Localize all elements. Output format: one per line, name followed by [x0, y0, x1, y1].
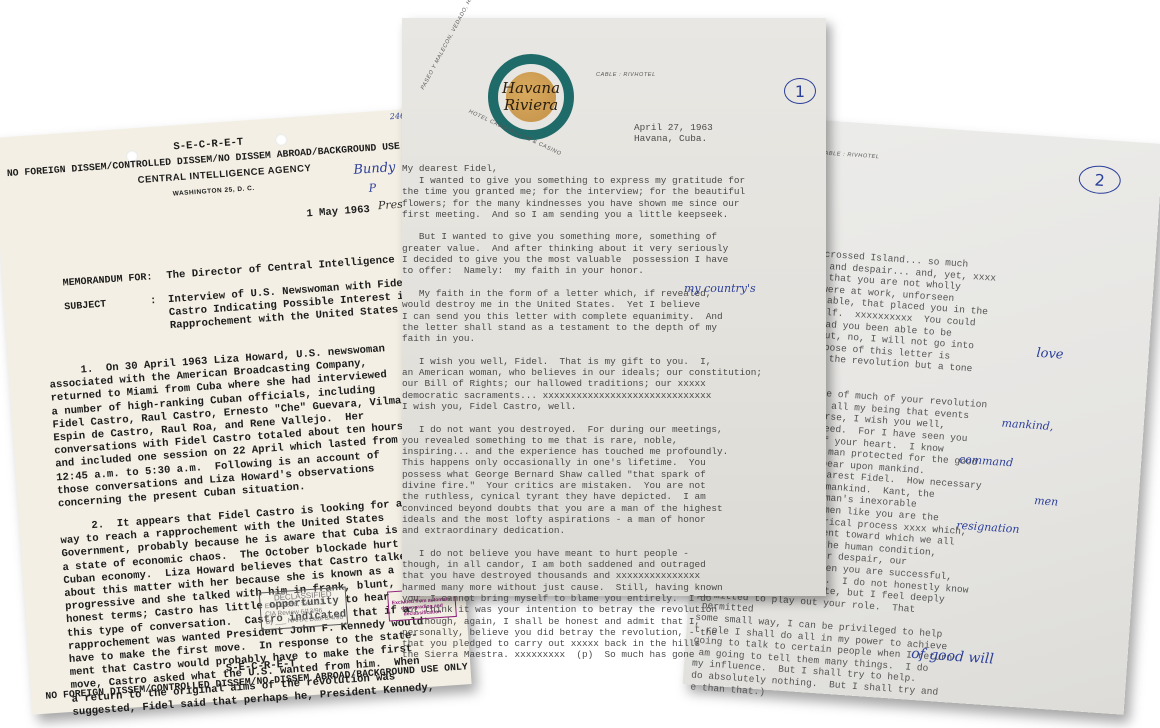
- handwritten-note-love: love: [1036, 346, 1064, 363]
- agency-address: WASHINGTON 25, D. C.: [172, 182, 255, 201]
- subject-colon: :: [150, 295, 157, 309]
- handwritten-mark: P: [368, 181, 376, 194]
- cable-address: CABLE : RIVHOTEL: [596, 72, 656, 78]
- page-number-circled: 1: [784, 78, 816, 104]
- cable-address: CABLE : RIVHOTEL: [820, 150, 880, 160]
- declassified-stamp: DECLASSIFIED E.O. 12958, Sec. 3.5 CIA Re…: [259, 586, 349, 630]
- handwritten-insert: my country's: [684, 282, 756, 295]
- letter-place: Havana, Cuba.: [634, 133, 707, 144]
- page-number-circled: 2: [1078, 164, 1122, 195]
- letter-page-1: Havana Riviera PASEO Y MALECON, VEDADO, …: [402, 18, 826, 596]
- letter-body-page1: I wanted to give you something to expres…: [402, 175, 762, 661]
- memo-date: 1 May 1963: [306, 204, 370, 222]
- memo-for-value: The Director of Central Intelligence: [166, 254, 395, 283]
- handwritten-bundy: Bundy: [353, 160, 396, 178]
- memo-paragraph-1: 1. On 30 April 1963 Liza Howard, U.S. ne…: [48, 342, 407, 511]
- hotel-address: PASEO Y MALECON, VEDADO, HAVANA, CUBA: [420, 0, 493, 91]
- letter-date: April 27, 1963: [634, 122, 713, 133]
- cia-memo-page: 2460 S-E-C-R-E-T NO FOREIGN DISSEM/CONTR…: [0, 107, 472, 714]
- memo-for-label: MEMORANDUM FOR:: [62, 271, 153, 290]
- salutation: My dearest Fidel,: [402, 163, 498, 174]
- subject-text: Interview of U.S. Newswoman with Fidel C…: [168, 277, 412, 333]
- handwritten-note-men: men: [1034, 494, 1059, 509]
- subject-label: SUBJECT: [64, 299, 107, 315]
- handwritten-note-mankind: mankind,: [1001, 417, 1054, 434]
- logo-text-havana: Havana: [502, 80, 560, 97]
- punch-hole: [275, 134, 288, 147]
- handwritten-initials: Pres: [378, 198, 404, 213]
- logo-text-riviera: Riviera: [504, 97, 558, 114]
